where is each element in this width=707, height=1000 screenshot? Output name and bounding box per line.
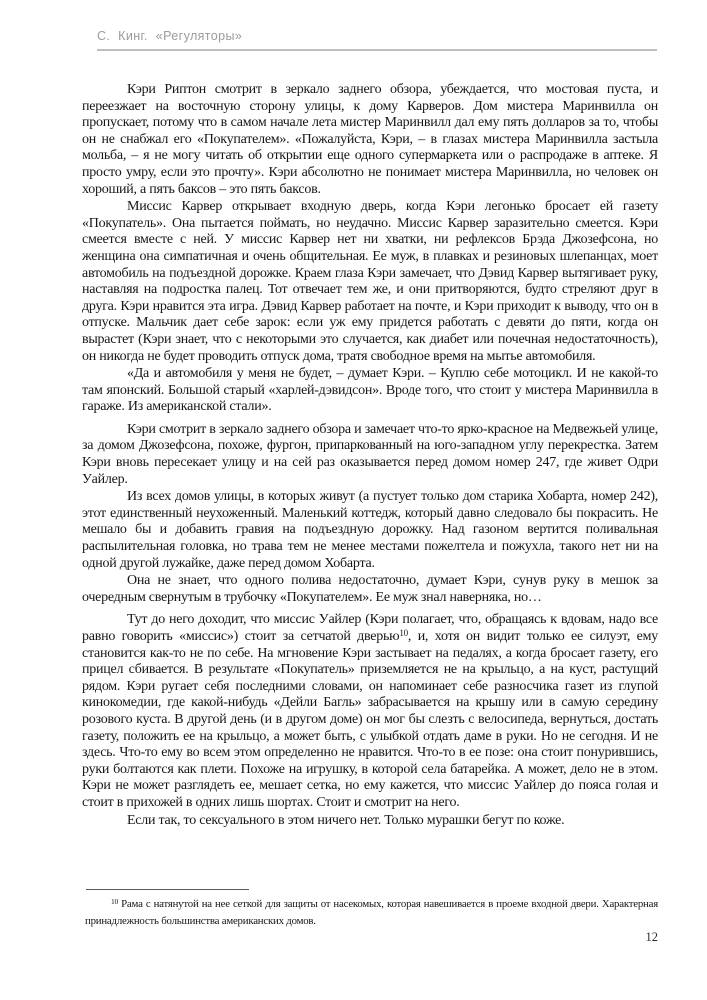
- footnote-text: Рама с натянутой на нее сеткой для защит…: [85, 898, 658, 927]
- paragraph: Из всех домов улицы, в которых живут (а …: [82, 489, 658, 572]
- footnote-ref: 10: [399, 628, 408, 638]
- paragraph: Если так, то сексуального в этом ничего …: [82, 813, 658, 830]
- paragraph: Тут до него доходит, что миссис Уайлер (…: [82, 612, 658, 811]
- paragraph: Кэри смотрит в зеркало заднего обзора и …: [82, 422, 658, 488]
- paragraph: Кэри Риптон смотрит в зеркало заднего об…: [82, 82, 658, 198]
- page-number: 12: [646, 930, 659, 945]
- header-rule: [97, 49, 657, 51]
- paragraph: Миссис Карвер открывает входную дверь, к…: [82, 199, 658, 365]
- paragraph: Она не знает, что одного полива недостат…: [82, 573, 658, 606]
- footnote-marker: 10: [111, 897, 118, 906]
- body-text: Кэри Риптон смотрит в зеркало заднего об…: [82, 82, 658, 829]
- footnote-separator: [86, 889, 249, 890]
- running-header: С. Кинг. «Регуляторы»: [97, 29, 242, 43]
- paragraph: «Да и автомобиля у меня не будет, – дума…: [82, 366, 658, 416]
- paragraph-text: , и, хотя он видит только ее силуэт, ему…: [82, 629, 658, 810]
- footnote: 10Рама с натянутой на нее сеткой для защ…: [85, 896, 658, 929]
